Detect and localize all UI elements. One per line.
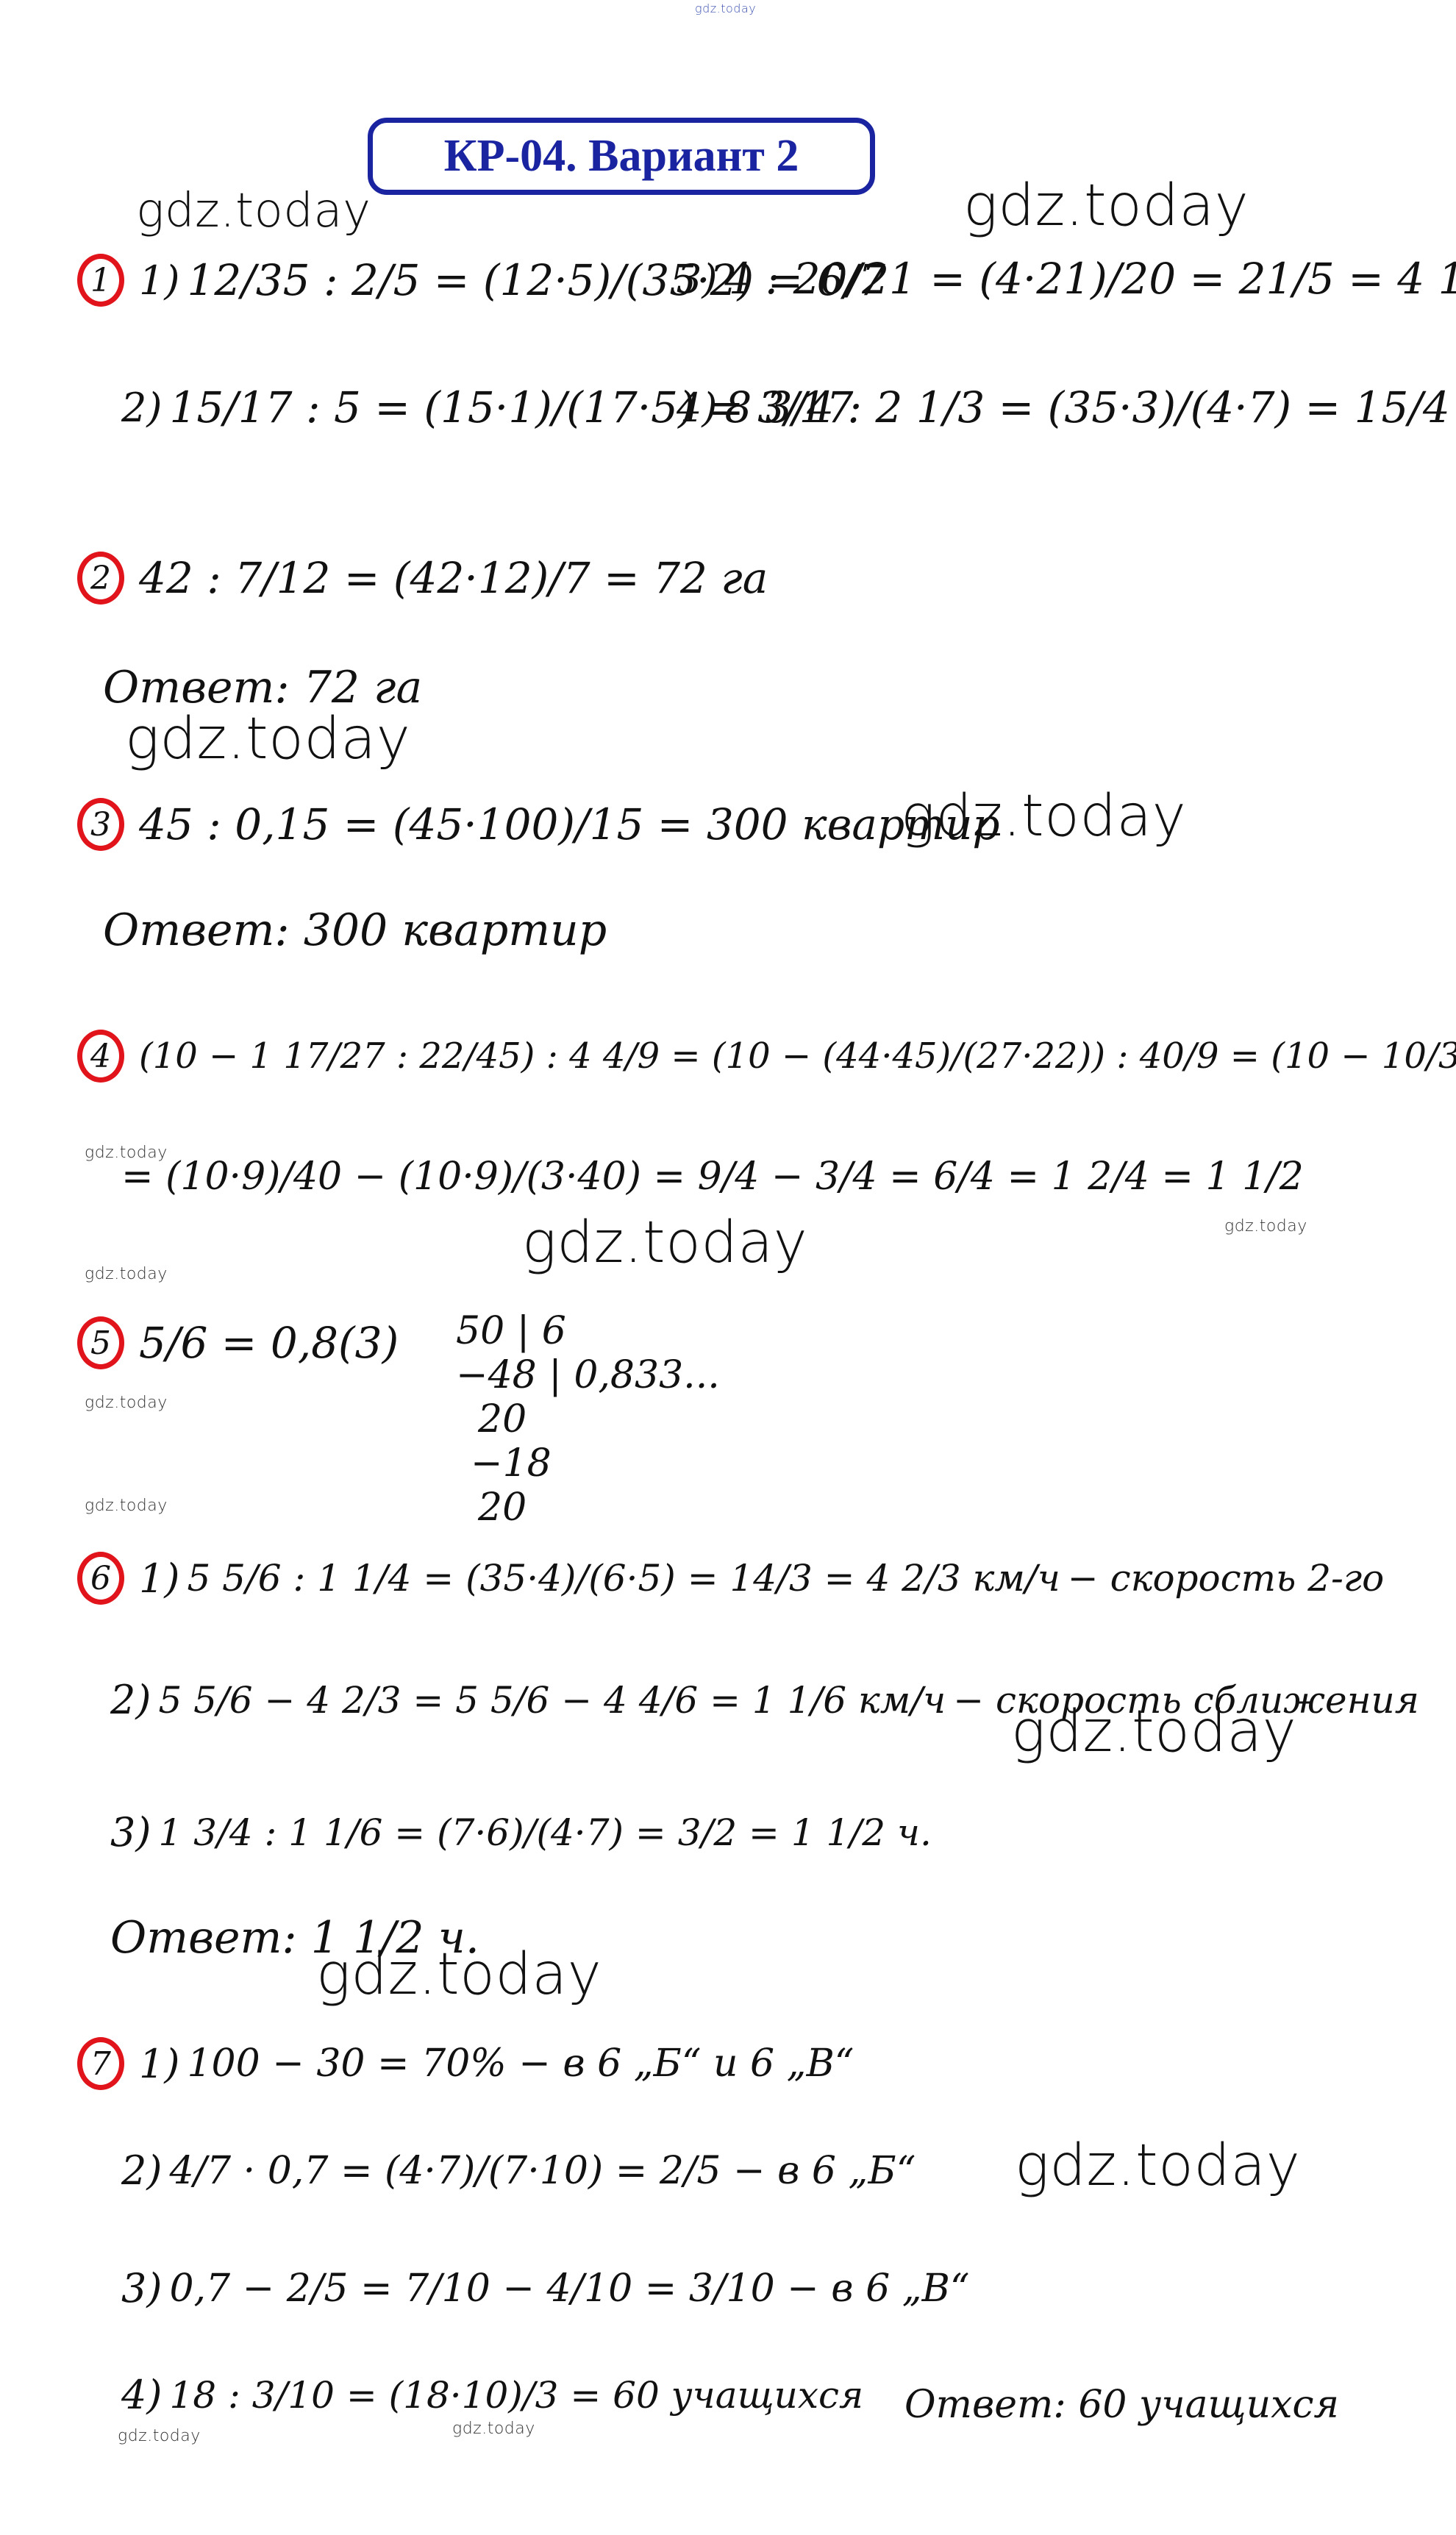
long-division: 50 | 6 −48 | 0,833... 20 −18 20 [456,1309,720,1530]
watermark: gdz.today [1015,2133,1300,2199]
expression: 5 5/6 : 1 1/4 = (35·4)/(6·5) = 14/3 = 4 … [187,1557,1060,1600]
task-6-answer: Ответ: 1 1/2 ч. [110,1912,479,1964]
task-7-answer: Ответ: 60 учащихся [904,2383,1339,2427]
expression: 5 5/6 − 4 2/3 = 5 5/6 − 4 4/6 = 1 1/6 км… [158,1679,946,1722]
expression: 1 3/4 : 1 1/6 = (7·6)/(4·7) = 3/2 = 1 1/… [158,1811,931,1854]
watermark: gdz.today [136,184,371,238]
task-7-part-1: 7 1) 100 − 30 = 70% − в 6 „Б“ и 6 „В“ [77,2037,854,2090]
task-number-circle: 5 [77,1316,124,1369]
task-5-line: 5 5/6 = 0,8(3) [77,1316,399,1369]
answer-text: Ответ: 300 квартир [103,905,607,956]
expression: 4 : 20/21 = (4·21)/20 = 21/5 = 4 1/5 [724,254,1456,304]
watermark: gdz.today [1224,1217,1307,1236]
part-label: 3) [121,2265,162,2311]
watermark: gdz.today [85,1265,168,1283]
expression: 8 3/4 : 2 1/3 = (35·3)/(4·7) = 15/4 = 3 … [724,382,1456,432]
division-row: 20 [456,1486,720,1530]
page-title: КР-04. Вариант 2 [368,118,875,195]
header-watermark: gdz.today [695,1,756,15]
part-label: 1) [139,257,179,304]
task-number-circle: 4 [77,1030,124,1083]
expression: 100 − 30 = 70% − в 6 „Б“ и 6 „В“ [187,2042,854,2086]
expression: = (10·9)/40 − (10·9)/(3·40) = 9/4 − 3/4 … [121,1155,1304,1199]
answer-text: Ответ: 60 учащихся [904,2383,1339,2427]
task-number-circle: 7 [77,2037,124,2090]
task-6-part-2: 2) 5 5/6 − 4 2/3 = 5 5/6 − 4 4/6 = 1 1/6… [110,1677,1419,1723]
watermark: gdz.today [85,1497,168,1515]
task-2-line: 2 42 : 7/12 = (42·12)/7 = 72 га [77,552,768,605]
part-label: 4) [677,385,717,431]
part-label: 3) [110,1809,151,1855]
division-row: −18 [456,1441,720,1486]
page-title-text: КР-04. Вариант 2 [444,130,799,182]
expression: 42 : 7/12 = (42·12)/7 = 72 га [139,553,768,603]
division-row: 20 [456,1397,720,1441]
note: − скорость 2-го [1068,1557,1384,1600]
watermark: gdz.today [118,2427,201,2445]
task-2-answer: Ответ: 72 га [103,662,422,713]
expression: 4/7 · 0,7 = (4·7)/(7·10) = 2/5 − в 6 „Б“ [169,2149,916,2193]
expression: 0,7 − 2/5 = 7/10 − 4/10 = 3/10 − в 6 „В“ [169,2267,969,2311]
part-label: 4) [121,2372,162,2418]
task-7-part-2: 2) 4/7 · 0,7 = (4·7)/(7·10) = 2/5 − в 6 … [121,2147,916,2194]
watermark: gdz.today [452,2420,535,2438]
part-label: 2) [110,1677,151,1723]
task-number-circle: 2 [77,552,124,605]
division-row: 50 | 6 [456,1309,720,1353]
part-label: 2) [121,385,162,431]
part-label: 3) [677,256,717,302]
watermark: gdz.today [522,1210,807,1276]
note: − скорость сближения [953,1679,1419,1722]
part-label: 1) [139,1555,179,1602]
task-number-circle: 6 [77,1552,124,1605]
task-number-circle: 1 [77,254,124,307]
part-label: 2) [121,2147,162,2194]
task-7-part-4: 4) 18 : 3/10 = (18·10)/3 = 60 учащихся [121,2372,863,2418]
part-label: 1) [139,2041,179,2087]
task-number-circle: 3 [77,798,124,851]
task-4-line-2: = (10·9)/40 − (10·9)/(3·40) = 9/4 − 3/4 … [121,1155,1304,1199]
task-1-part-3: 3) 4 : 20/21 = (4·21)/20 = 21/5 = 4 1/5 [677,254,1456,304]
expression: 18 : 3/10 = (18·10)/3 = 60 учащихся [169,2374,863,2417]
expression: (10 − 1 17/27 : 22/45) : 4 4/9 = (10 − (… [139,1035,1456,1077]
watermark: gdz.today [85,1394,168,1412]
expression: 5/6 = 0,8(3) [139,1318,399,1368]
watermark: gdz.today [963,173,1249,239]
answer-text: Ответ: 1 1/2 ч. [110,1912,479,1964]
task-3-line: 3 45 : 0,15 = (45·100)/15 = 300 квартир [77,798,1000,851]
division-row: −48 | 0,833... [456,1353,720,1397]
task-7-part-3: 3) 0,7 − 2/5 = 7/10 − 4/10 = 3/10 − в 6 … [121,2265,969,2311]
answer-text: Ответ: 72 га [103,662,422,713]
task-6-part-1: 6 1) 5 5/6 : 1 1/4 = (35·4)/(6·5) = 14/3… [77,1552,1384,1605]
task-1-part-4: 4) 8 3/4 : 2 1/3 = (35·3)/(4·7) = 15/4 =… [677,382,1456,432]
task-6-part-3: 3) 1 3/4 : 1 1/6 = (7·6)/(4·7) = 3/2 = 1… [110,1809,932,1855]
task-3-answer: Ответ: 300 квартир [103,905,607,956]
task-4-line-1: 4 (10 − 1 17/27 : 22/45) : 4 4/9 = (10 −… [77,1030,1456,1083]
watermark: gdz.today [125,706,410,772]
expression: 45 : 0,15 = (45·100)/15 = 300 квартир [139,799,1000,849]
